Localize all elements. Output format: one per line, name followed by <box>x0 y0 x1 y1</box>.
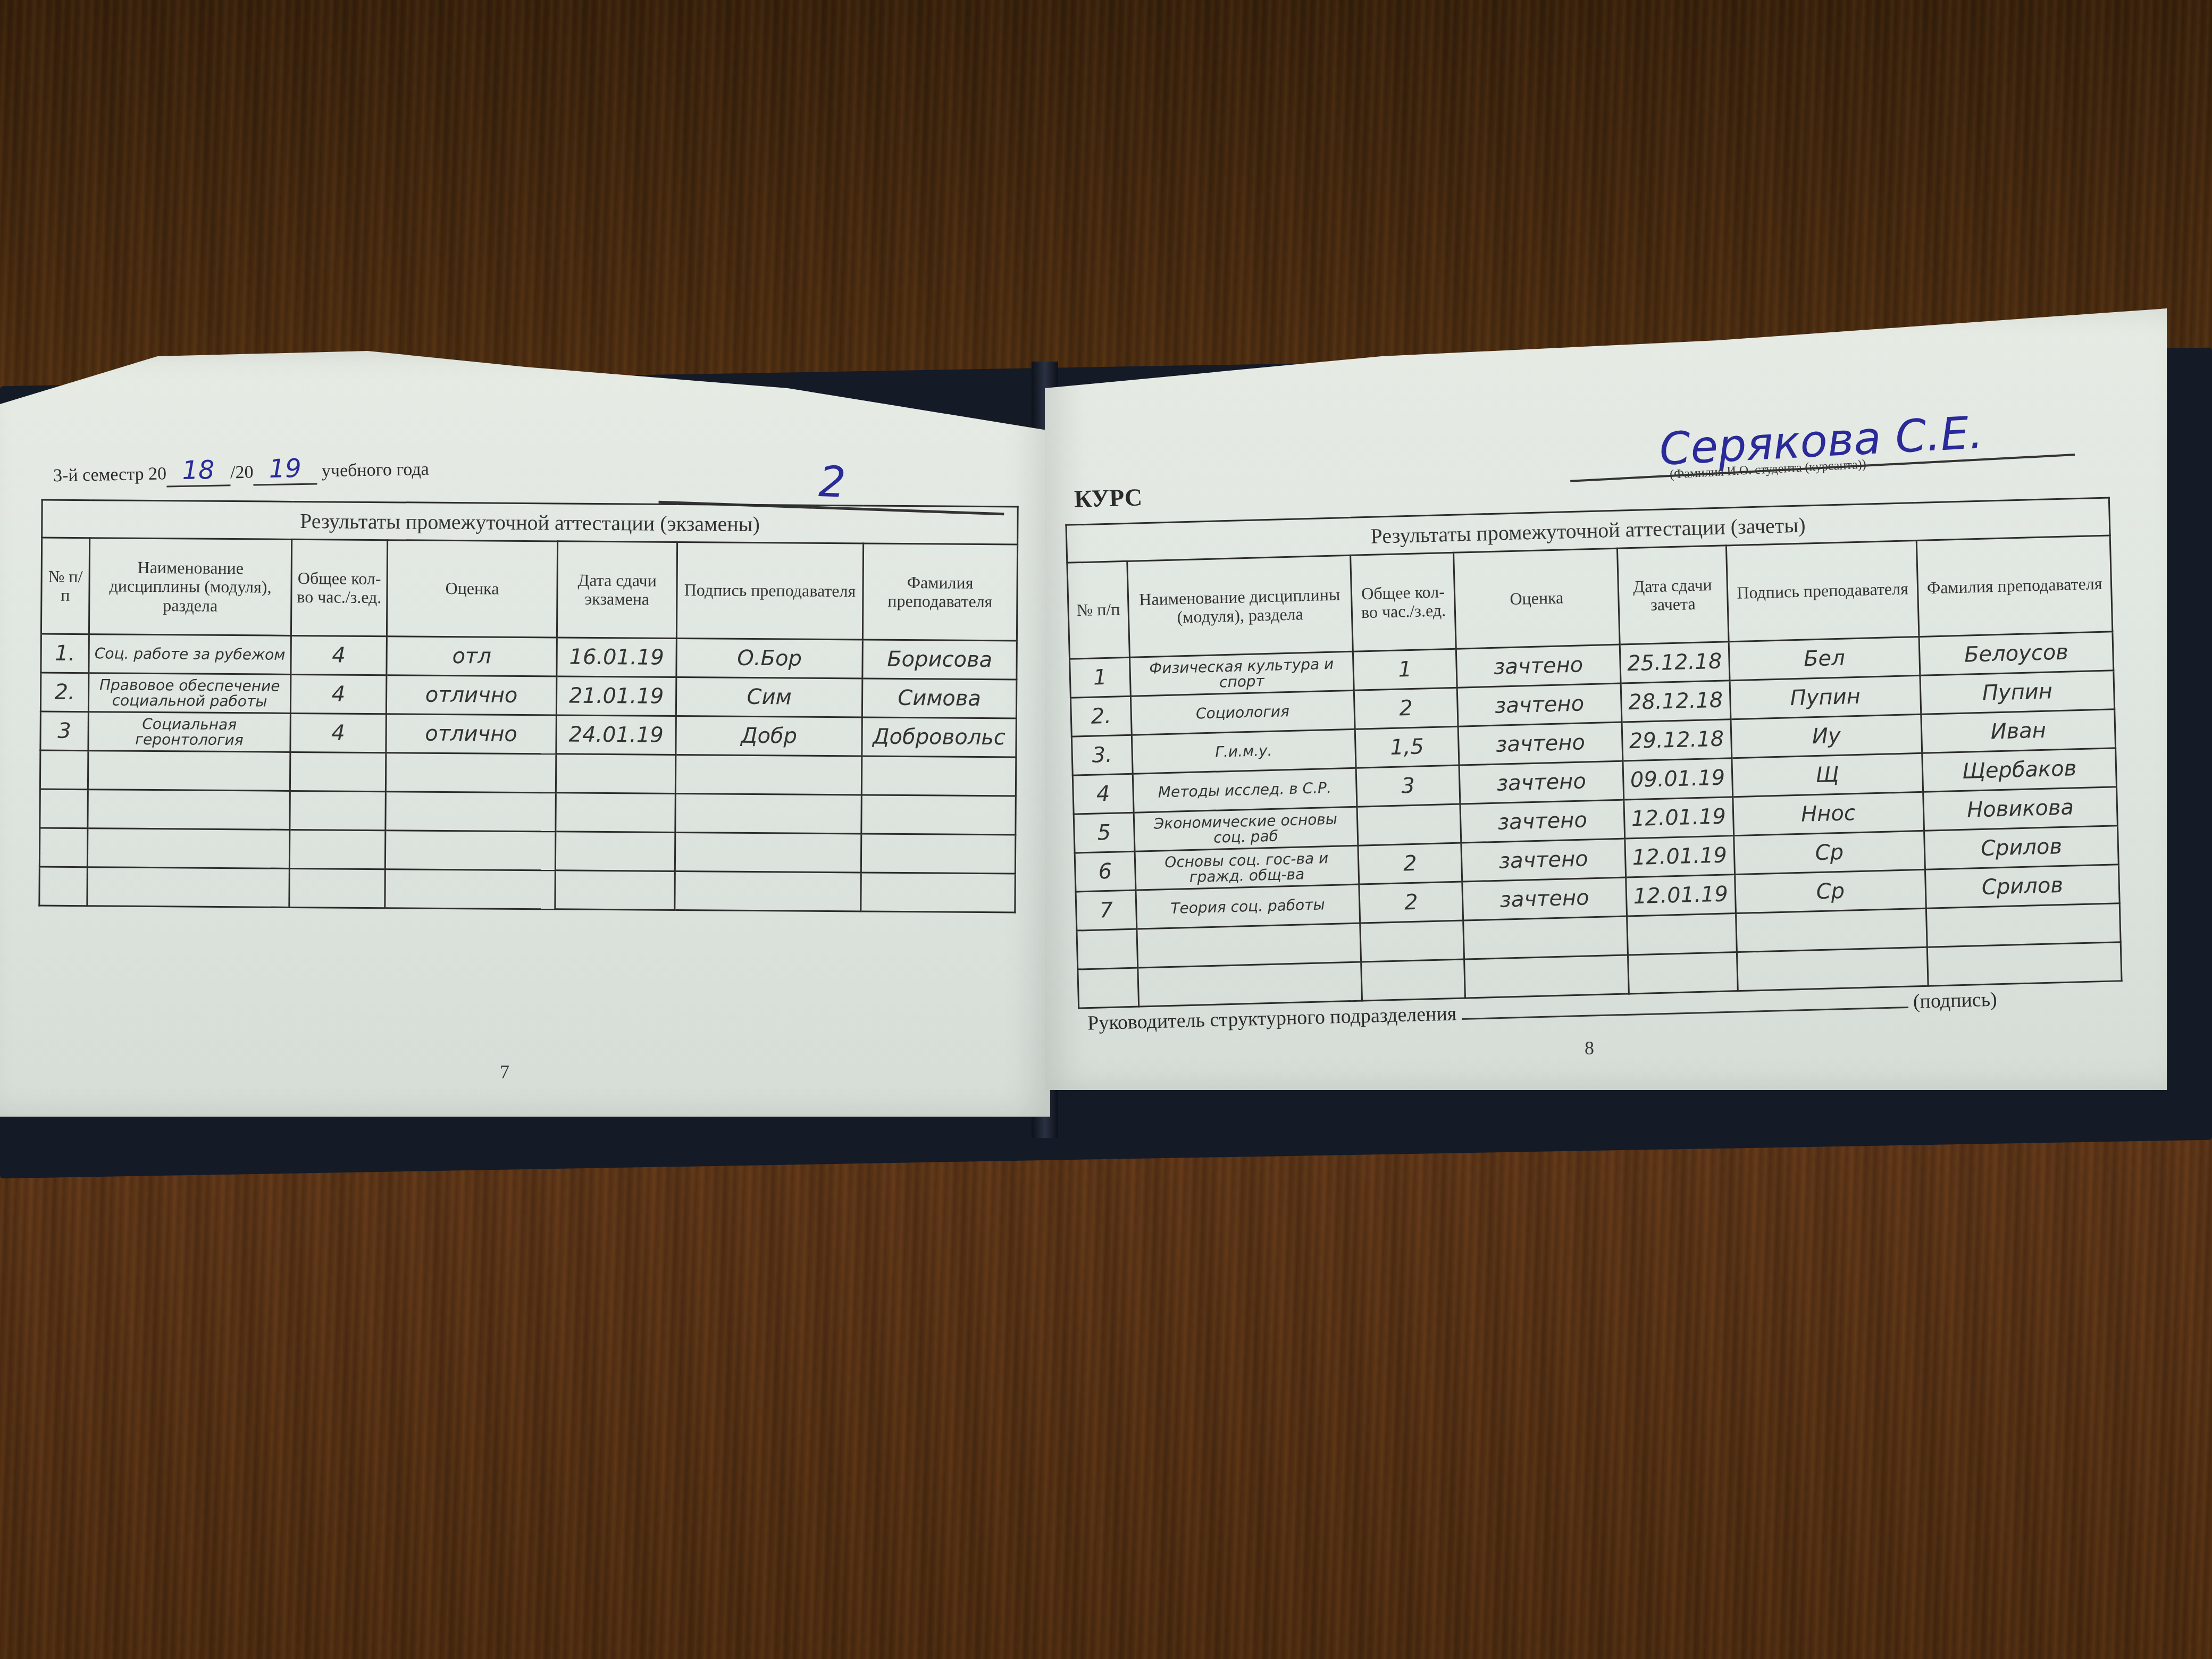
cell-signature: Ср <box>1733 831 1925 874</box>
cell-grade <box>1463 916 1628 959</box>
cell-teacher <box>861 834 1016 874</box>
cell-hours: 2 <box>1358 843 1462 884</box>
cell-num: 2. <box>40 673 89 712</box>
cell-signature: О.Бор <box>676 638 863 678</box>
column-header: Наименование дисциплины (модуля), раздел… <box>89 538 291 636</box>
column-header: № п/п <box>41 538 89 634</box>
column-header: Дата сдачи экзамена <box>557 541 677 639</box>
column-header: Подпись преподавателя <box>1726 540 1919 641</box>
column-header: Общее кол-во час./з.ед. <box>291 539 387 636</box>
cell-discipline: Основы соц. гос-ва и гражд. общ-ва <box>1135 845 1359 890</box>
cell-teacher: Белоусов <box>1919 632 2114 675</box>
table-row <box>40 750 1016 796</box>
cell-discipline <box>1137 923 1361 968</box>
kurs-label: КУРС <box>1074 483 1142 513</box>
cell-teacher: Иван <box>1921 709 2116 753</box>
cell-discipline: Методы исслед. в С.Р. <box>1133 768 1357 812</box>
table-row: 2.Правовое обеспечение социальной работы… <box>40 673 1017 718</box>
cell-discipline: Правовое обеспечение социальной работы <box>88 673 291 714</box>
cell-discipline: Социология <box>1130 690 1355 735</box>
cell-date: 28.12.18 <box>1621 681 1731 722</box>
cell-teacher <box>861 873 1016 912</box>
column-header: Фамилия преподавателя <box>862 543 1017 641</box>
cell-discipline <box>88 751 290 791</box>
cell-num: 6 <box>1075 851 1136 892</box>
cell-teacher: Новикова <box>1923 787 2118 831</box>
cell-grade: зачтено <box>1460 800 1624 843</box>
cell-signature: Пупин <box>1730 675 1921 719</box>
cell-hours: 1,5 <box>1355 726 1459 768</box>
cell-signature <box>1737 947 1928 991</box>
cell-grade: отл <box>387 636 557 676</box>
year-suffix: учебного года <box>322 459 429 481</box>
cell-date: 12.01.19 <box>1624 797 1734 839</box>
cell-grade: зачтено <box>1457 683 1622 726</box>
cell-grade: зачтено <box>1456 644 1621 688</box>
cell-signature: Бел <box>1729 636 1920 680</box>
cell-signature <box>675 871 861 911</box>
cell-grade <box>385 831 556 870</box>
cell-hours <box>289 829 386 869</box>
signature-caption: (подпись) <box>1913 988 1997 1013</box>
cell-grade: отлично <box>386 675 557 715</box>
cell-num: 2. <box>1070 696 1132 736</box>
cell-hours <box>1361 959 1465 1001</box>
page-number-left: 7 <box>500 1061 509 1083</box>
cell-date <box>1627 914 1737 955</box>
column-header: Подпись преподавателя <box>676 542 863 639</box>
column-header: № п/п <box>1067 561 1129 659</box>
cell-grade: зачтено <box>1459 761 1623 804</box>
cell-date: 16.01.19 <box>557 638 677 677</box>
cell-date: 25.12.18 <box>1620 642 1730 683</box>
cell-num <box>40 750 88 790</box>
cell-teacher <box>1926 903 2121 947</box>
cell-teacher <box>861 756 1016 796</box>
cell-discipline: Г.и.м.у. <box>1132 729 1356 774</box>
cell-signature <box>675 755 862 794</box>
cell-date: 12.01.19 <box>1626 875 1736 916</box>
cell-grade <box>386 792 556 832</box>
cell-signature: Ннос <box>1732 792 1924 835</box>
exams-table: Результаты промежуточной аттестации (экз… <box>38 499 1018 914</box>
cell-date: 29.12.18 <box>1622 719 1732 761</box>
cell-date: 09.01.19 <box>1623 758 1733 800</box>
cell-hours: 2 <box>1359 882 1463 923</box>
table-row <box>39 867 1016 912</box>
cell-date: 12.01.19 <box>1624 836 1735 877</box>
cell-discipline <box>87 828 290 869</box>
column-header: Общее кол-во час./з.ед. <box>1350 552 1456 651</box>
cell-num <box>1078 968 1139 1008</box>
cell-date: 21.01.19 <box>556 676 676 716</box>
cell-signature: Щ <box>1731 753 1923 797</box>
cell-num: 7 <box>1076 890 1137 931</box>
cell-hours: 4 <box>290 713 387 752</box>
cell-grade: зачтено <box>1461 839 1626 882</box>
cell-hours <box>1357 804 1461 845</box>
cell-teacher: Срилов <box>1924 826 2119 869</box>
table-row <box>39 828 1016 874</box>
cell-signature <box>1736 908 1927 952</box>
cell-discipline: Социальная геронтология <box>88 712 291 752</box>
column-header: Оценка <box>1454 548 1620 649</box>
cell-discipline: Физическая культура и спорт <box>1129 651 1354 696</box>
cell-num: 3 <box>40 711 89 751</box>
cell-signature: Добр <box>676 716 862 756</box>
cell-discipline <box>1137 962 1362 1007</box>
year-to: 19 <box>269 454 301 484</box>
cell-num <box>39 828 88 867</box>
cell-num: 3. <box>1071 735 1133 775</box>
cell-discipline: Соц. работе за рубежом <box>89 634 291 675</box>
credits-table: Результаты промежуточной аттестации (зач… <box>1065 497 2122 1009</box>
cell-teacher: Срилов <box>1925 865 2120 908</box>
cell-num: 1 <box>1070 657 1131 698</box>
cell-hours <box>289 868 386 908</box>
year-sep: /20 <box>230 463 254 483</box>
cell-hours: 1 <box>1353 649 1457 690</box>
cell-teacher: Борисова <box>862 640 1017 680</box>
cell-signature <box>675 793 862 833</box>
table-row: 1.Соц. работе за рубежом4отл16.01.19О.Бо… <box>41 634 1017 680</box>
column-header: Дата сдачи зачета <box>1617 546 1729 644</box>
exams-header-row: № п/пНаименование дисциплины (модуля), р… <box>41 538 1017 641</box>
cell-signature: Ср <box>1735 869 1926 913</box>
cell-hours <box>290 752 386 791</box>
cell-num: 5 <box>1074 812 1135 853</box>
page-number-right: 8 <box>1585 1037 1594 1059</box>
cell-teacher: Добровольс <box>862 717 1017 757</box>
column-header: Фамилия преподавателя <box>1916 535 2112 636</box>
cell-teacher: Пупин <box>1920 671 2115 714</box>
cell-discipline <box>88 790 290 830</box>
cell-num: 1. <box>41 634 89 673</box>
cell-signature: Сим <box>676 677 862 717</box>
cell-hours: 4 <box>290 674 387 714</box>
cell-signature: Иу <box>1731 714 1922 758</box>
cell-grade: зачтено <box>1462 877 1627 920</box>
cell-discipline <box>87 867 290 908</box>
cell-discipline: Экономические основы соц. раб <box>1134 807 1358 851</box>
cell-grade <box>385 869 556 909</box>
cell-hours: 4 <box>291 635 387 675</box>
cell-grade: зачтено <box>1458 722 1622 765</box>
semester-line: 3-й семестр 2018/2019 учебного года <box>53 451 430 489</box>
cell-teacher: Щербаков <box>1922 748 2117 792</box>
cell-hours <box>1360 920 1464 962</box>
cell-hours <box>290 791 386 830</box>
column-header: Оценка <box>387 540 557 638</box>
cell-grade <box>1464 955 1629 998</box>
cell-grade <box>386 753 556 793</box>
column-header: Наименование дисциплины (модуля), раздел… <box>1127 555 1353 657</box>
cell-num: 4 <box>1073 774 1134 814</box>
table-row: 3Социальная геронтология4отлично24.01.19… <box>40 711 1017 757</box>
exams-table-title: Результаты промежуточной аттестации (экз… <box>42 500 1018 544</box>
cell-num <box>39 867 88 906</box>
cell-teacher <box>1927 942 2122 986</box>
cell-teacher: Симова <box>862 678 1017 718</box>
cell-num <box>1077 929 1138 969</box>
table-row <box>40 789 1016 835</box>
cell-date: 24.01.19 <box>556 715 676 755</box>
cell-discipline: Теория соц. работы <box>1136 884 1360 929</box>
cell-num <box>40 789 88 828</box>
cell-teacher <box>861 795 1016 835</box>
cell-date <box>556 754 676 794</box>
year-from: 18 <box>182 455 215 485</box>
semester-label: 3-й семестр 20 <box>53 464 167 485</box>
cell-hours: 2 <box>1354 688 1458 729</box>
cell-date <box>555 870 675 910</box>
cell-grade: отлично <box>386 714 557 754</box>
cell-date <box>555 832 675 872</box>
cell-signature <box>675 832 861 872</box>
cell-date <box>1628 952 1738 994</box>
cell-hours: 3 <box>1356 765 1460 807</box>
cell-date <box>556 793 676 833</box>
